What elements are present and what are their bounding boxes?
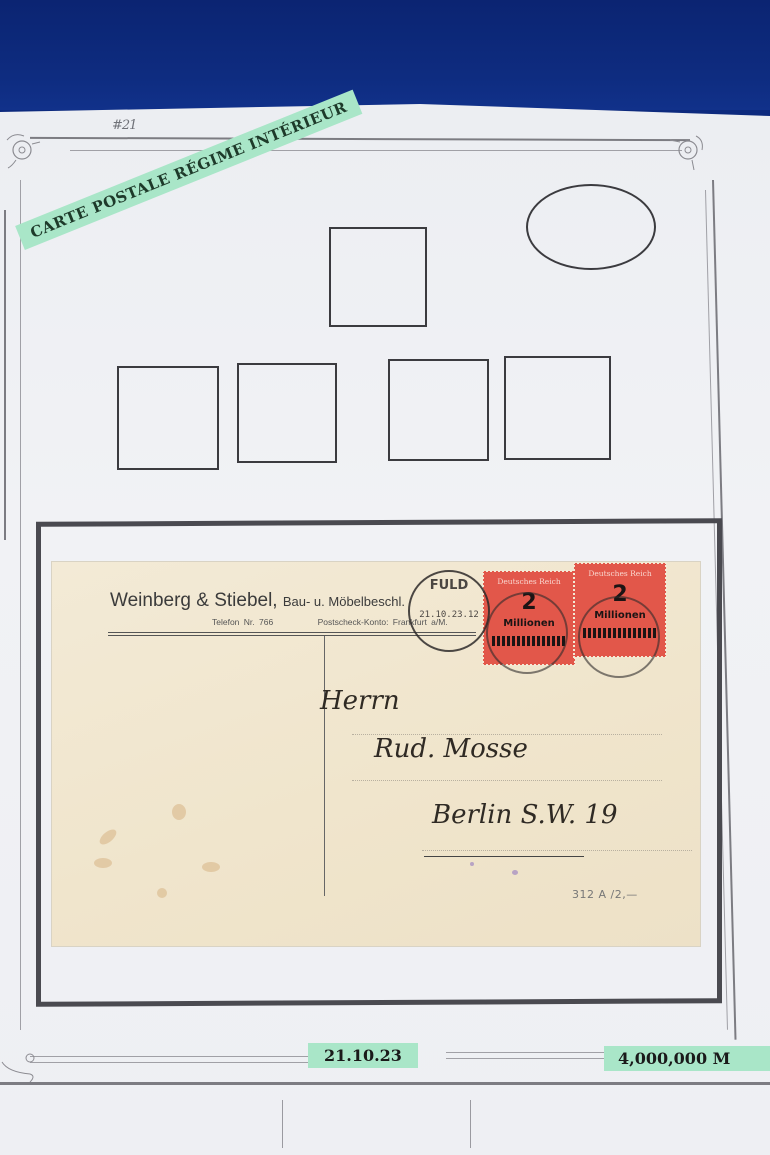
frame-bottom-mid-2 <box>446 1058 604 1059</box>
date-label: 21.10.23 <box>308 1043 418 1068</box>
empty-stamp-space <box>117 366 219 470</box>
corner-ornament-icon <box>668 130 708 170</box>
ink-mark <box>512 870 518 875</box>
age-stain <box>157 888 167 898</box>
age-stain <box>97 827 119 848</box>
postmark <box>486 592 568 674</box>
age-stain <box>172 804 186 820</box>
age-stain <box>202 862 220 872</box>
empty-stamp-space <box>504 356 611 460</box>
address-line-1: Herrn <box>320 686 400 716</box>
empty-stamp-space <box>388 359 489 461</box>
page-number-note: #21 <box>112 118 136 133</box>
corner-ornament-icon <box>0 1042 40 1082</box>
postmark-town: FULD <box>410 578 488 593</box>
blue-background <box>0 0 770 110</box>
age-stain <box>94 858 112 868</box>
corner-ornament-icon <box>2 130 42 170</box>
address-underline <box>424 856 584 857</box>
empty-oval-space <box>526 184 656 270</box>
frame-bottom-inner-1 <box>30 1056 310 1057</box>
address-line <box>352 780 662 781</box>
postcard-divider <box>324 636 325 896</box>
frame-bottom-mid-1 <box>446 1052 604 1053</box>
postmark: FULD 21.10.23.12 <box>408 570 490 652</box>
address-line-2: Rud. Mosse <box>374 734 528 764</box>
sender-business: Bau- u. Möbelbeschl. <box>283 594 405 609</box>
empty-stamp-space <box>329 227 427 327</box>
frame-bottom-outer <box>0 1082 770 1085</box>
frame-left-outer <box>4 210 6 540</box>
pencil-mark <box>470 1100 471 1148</box>
frame-top-inner <box>70 150 682 151</box>
postcard: Weinberg & Stiebel, Bau- u. Möbelbeschl.… <box>52 562 700 946</box>
stamp-header: Deutsches Reich <box>486 577 572 586</box>
stamp-header: Deutsches Reich <box>577 569 663 578</box>
empty-stamp-space <box>237 363 337 463</box>
ink-mark <box>470 862 474 866</box>
sender-header: Weinberg & Stiebel, Bau- u. Möbelbeschl. <box>110 590 405 612</box>
address-line <box>422 850 692 851</box>
value-label: 4,000,000 M <box>604 1046 770 1071</box>
sender-name: Weinberg & Stiebel, <box>110 590 278 611</box>
frame-left-inner <box>20 180 21 1030</box>
pencil-mark <box>282 1100 283 1148</box>
postmark <box>578 596 660 678</box>
pencil-note: 312 A /2,— <box>572 888 638 901</box>
address-line-3: Berlin S.W. 19 <box>432 800 618 830</box>
phone-number: Telefon Nr. 766 <box>212 617 273 627</box>
postmark-date: 21.10.23.12 <box>410 610 488 620</box>
frame-bottom-inner-2 <box>30 1062 310 1063</box>
